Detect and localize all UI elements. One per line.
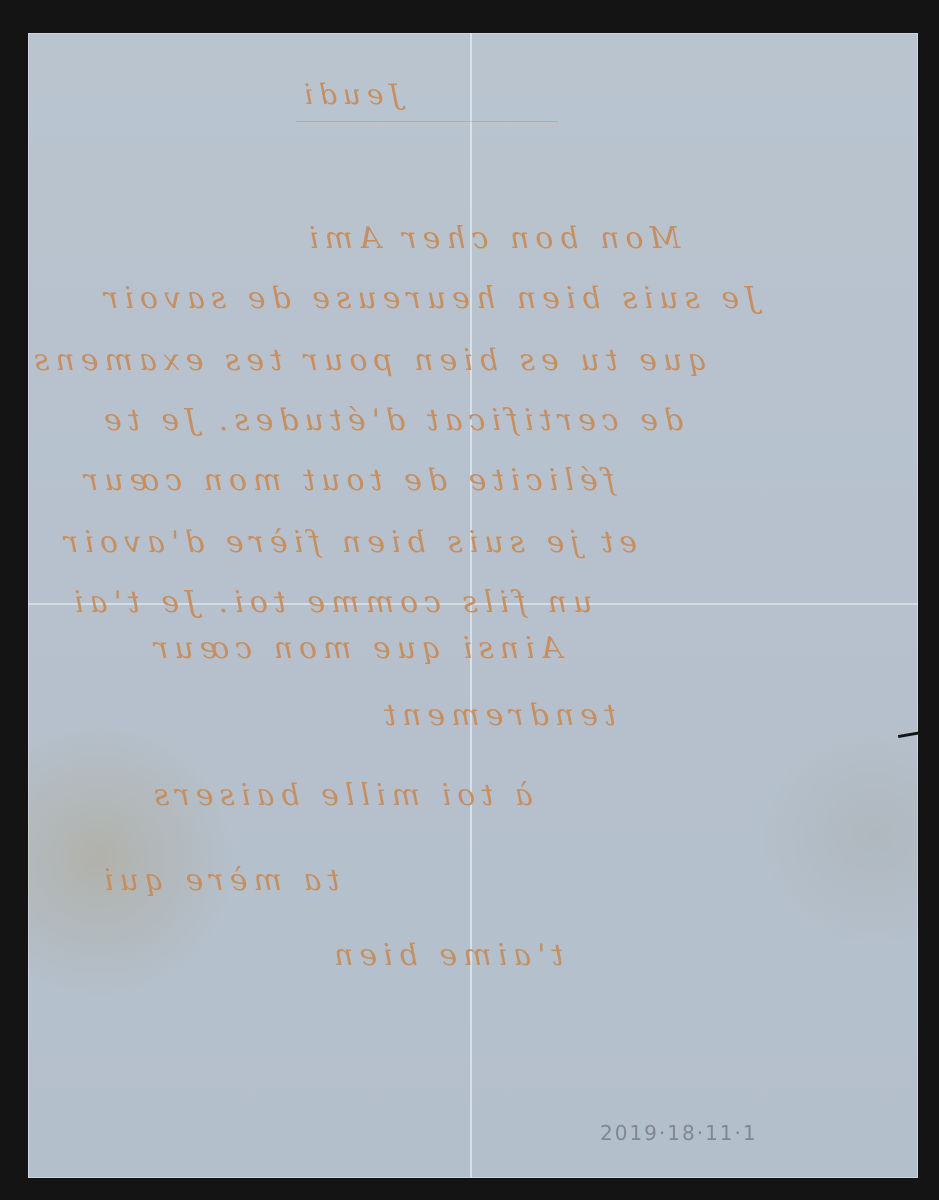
letter-paper: Jeudi Mon bon cher Ami Je suis bien heur… bbox=[28, 33, 918, 1178]
letter-line: que tu es bien pour tes examens bbox=[28, 343, 708, 378]
letter-line: à toi mille baisers bbox=[148, 778, 533, 813]
heading-rule bbox=[296, 121, 558, 122]
letter-line: un fils comme toi. Je t'ai bbox=[68, 585, 592, 620]
letter-line: ta mère qui bbox=[98, 863, 339, 898]
letter-line: Ainsi que mon cœur bbox=[148, 631, 562, 666]
letter-line: et je suis bien fière d'avoir bbox=[58, 525, 637, 560]
letter-line: félicite de tout mon cœur bbox=[78, 463, 615, 498]
letter-line: tendrement bbox=[378, 698, 616, 733]
letter-line: de certificat d'études. Je te bbox=[98, 403, 683, 438]
catalog-number: 2019·18·11·1 bbox=[600, 1121, 758, 1145]
letter-line: Mon bon cher Ami bbox=[303, 221, 680, 256]
letter-line: t'aime bien bbox=[328, 938, 563, 973]
letter-line: Je suis bien heureuse de savoir bbox=[98, 281, 757, 316]
heading: Jeudi bbox=[298, 78, 401, 111]
paper-tear bbox=[898, 731, 922, 738]
